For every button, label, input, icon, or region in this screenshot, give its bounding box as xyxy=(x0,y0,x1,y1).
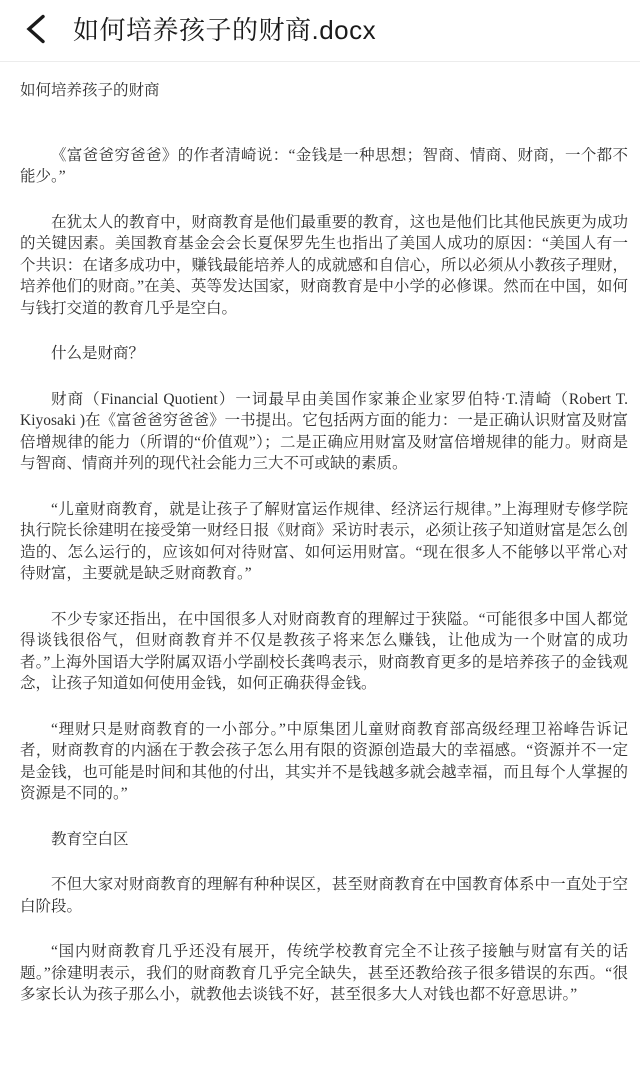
document-paragraph: “儿童财商教育，就是让孩子了解财富运作规律、经济运行规律。”上海理财专修学院执行… xyxy=(20,499,628,585)
document-filename: 如何培养孩子的财商.docx xyxy=(73,10,376,47)
document-paragraph: 不少专家还指出，在中国很多人对财商教育的理解过于狭隘。“可能很多中国人都觉得谈钱… xyxy=(20,609,628,695)
document-section-heading: 教育空白区 xyxy=(20,829,628,851)
document-paragraph: 财商（Financial Quotient）一词最早由美国作家兼企业家罗伯特·T… xyxy=(20,389,628,475)
app-header: 如何培养孩子的财商.docx xyxy=(0,0,640,62)
document-paragraph: “国内财商教育几乎还没有展开，传统学校教育完全不让孩子接触与财富有关的话题。”徐… xyxy=(20,941,628,1006)
document-paragraph: “理财只是财商教育的一小部分。”中原集团儿童财商教育部高级经理卫裕峰告诉记者，财… xyxy=(20,719,628,805)
document-paragraph: 《富爸爸穷爸爸》的作者清崎说：“金钱是一种思想；智商、情商、财商，一个都不能少。… xyxy=(20,145,628,188)
document-title-line: 如何培养孩子的财商 xyxy=(20,80,628,102)
document-paragraph: 在犹太人的教育中，财商教育是他们最重要的教育，这也是他们比其他民族更为成功的关键… xyxy=(20,212,628,320)
back-button[interactable] xyxy=(22,13,48,45)
chevron-left-icon xyxy=(25,14,46,44)
document-viewer[interactable]: 如何培养孩子的财商 《富爸爸穷爸爸》的作者清崎说：“金钱是一种思想；智商、情商、… xyxy=(0,62,640,1006)
document-paragraph: 不但大家对财商教育的理解有种种误区，甚至财商教育在中国教育体系中一直处于空白阶段… xyxy=(20,874,628,917)
document-section-heading: 什么是财商？ xyxy=(20,343,628,365)
